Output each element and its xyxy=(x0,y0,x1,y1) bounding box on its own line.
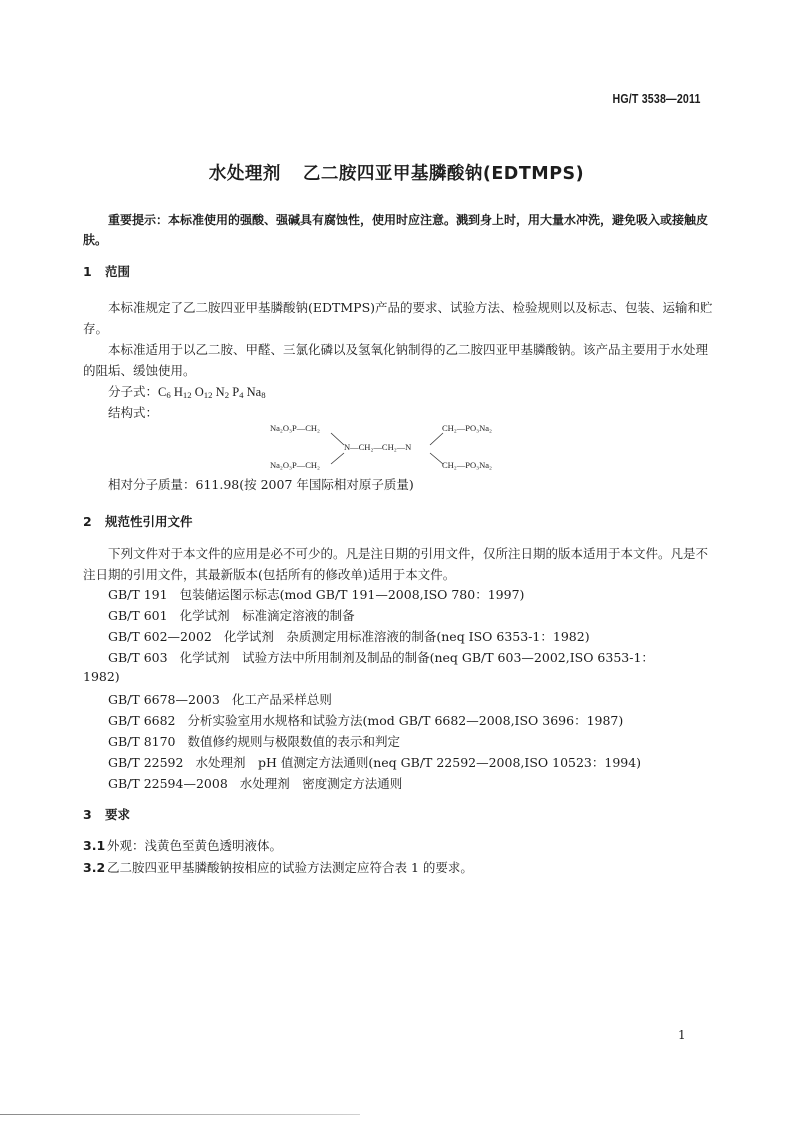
clause-3-1: 3.1外观：浅黄色至黄色透明液体。 xyxy=(83,836,282,854)
reference-item: GB/T 191包装储运图示标志(mod GB/T 191—2008,ISO 7… xyxy=(108,585,524,603)
molecular-formula: 分子式：C6 H12 O12 N2 P4 Na8 xyxy=(108,381,738,403)
group-bottom-right: CH₂—PO₃Na₂ xyxy=(442,460,492,470)
standard-code: HG/T 3538—2011 xyxy=(613,92,701,106)
group-bottom-left: Na₂O₃P—CH₂ xyxy=(270,460,320,470)
structural-formula: Na₂O₃P—CH₂ Na₂O₃P—CH₂ N—CH₂—CH₂—N CH₂—PO… xyxy=(268,420,528,476)
references-intro: 下列文件对于本文件的应用是必不可少的。凡是注日期的引用文件，仅所注日期的版本适用… xyxy=(83,543,713,585)
bottom-rule xyxy=(0,1114,360,1115)
warning-label: 重要提示： xyxy=(108,213,168,227)
reference-item: GB/T 6682分析实验室用水规格和试验方法(mod GB/T 6682—20… xyxy=(108,711,623,729)
title-product: 乙二胺四亚甲基膦酸钠(EDTMPS) xyxy=(303,164,584,184)
group-top-right: CH₂—PO₃Na₂ xyxy=(442,423,492,433)
section-title: 要求 xyxy=(105,807,130,822)
reference-item: GB/T 602—2002化学试剂 杂质测定用标准溶液的制备(neq ISO 6… xyxy=(108,627,590,645)
group-center: N—CH₂—CH₂—N xyxy=(344,442,411,452)
reference-item: GB/T 6678—2003化工产品采样总则 xyxy=(108,690,332,708)
group-top-left: Na₂O₃P—CH₂ xyxy=(270,423,320,433)
scope-paragraph-1: 本标准规定了乙二胺四亚甲基膦酸钠(EDTMPS)产品的要求、试验方法、检验规则以… xyxy=(83,297,713,339)
formula-label: 分子式： xyxy=(108,384,158,399)
page-number: 1 xyxy=(678,1028,686,1042)
formula-value: C6 H12 O12 N2 P4 Na8 xyxy=(158,385,266,399)
section-title: 规范性引用文件 xyxy=(105,514,193,529)
section-number: 1 xyxy=(83,264,105,279)
molecular-mass: 相对分子质量：611.98(按 2007 年国际相对原子质量) xyxy=(108,474,738,495)
reference-item: GB/T 22594—2008水处理剂 密度测定方法通则 xyxy=(108,774,402,792)
section-2-heading: 2规范性引用文件 xyxy=(83,512,193,530)
reference-item: GB/T 8170数值修约规则与极限数值的表示和判定 xyxy=(108,732,400,750)
section-number: 3 xyxy=(83,807,105,822)
section-1-heading: 1范围 xyxy=(83,262,130,280)
title-category: 水处理剂 xyxy=(209,164,281,184)
reference-item: GB/T 22592水处理剂 pH 值测定方法通则(neq GB/T 22592… xyxy=(108,753,641,771)
section-title: 范围 xyxy=(105,264,130,279)
document-title: 水处理剂乙二胺四亚甲基膦酸钠(EDTMPS) xyxy=(0,160,793,185)
scope-paragraph-2: 本标准适用于以乙二胺、甲醛、三氯化磷以及氢氧化钠制得的乙二胺四亚甲基膦酸钠。该产… xyxy=(83,339,713,381)
reference-item: GB/T 603化学试剂 试验方法中所用制剂及制品的制备(neq GB/T 60… xyxy=(108,648,654,666)
section-number: 2 xyxy=(83,514,105,529)
clause-3-2: 3.2乙二胺四亚甲基膦酸钠按相应的试验方法测定应符合表 1 的要求。 xyxy=(83,858,473,876)
reference-item: GB/T 601化学试剂 标准滴定溶液的制备 xyxy=(108,606,355,624)
reference-item-continuation: 1982) xyxy=(83,669,120,684)
section-3-heading: 3要求 xyxy=(83,805,130,823)
warning-text: 本标准使用的强酸、强碱具有腐蚀性，使用时应注意。溅到身上时，用大量水冲洗，避免吸… xyxy=(83,213,708,247)
safety-warning: 重要提示：本标准使用的强酸、强碱具有腐蚀性，使用时应注意。溅到身上时，用大量水冲… xyxy=(83,210,713,250)
